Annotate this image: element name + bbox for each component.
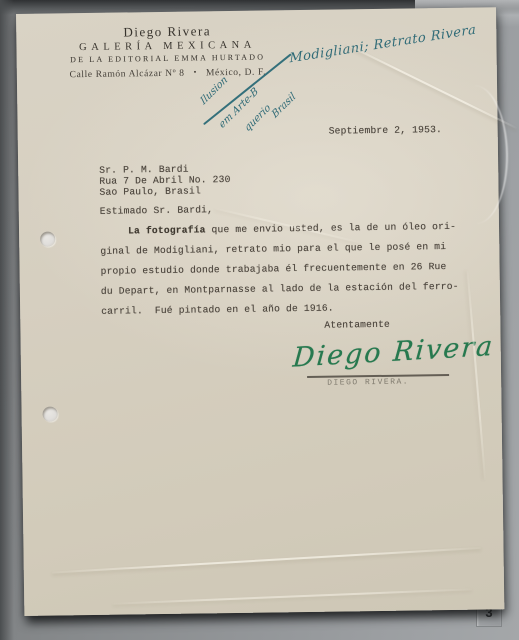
body-line-1: La fotografía que me envio usted, es la …: [128, 221, 456, 237]
letterhead-gallery: GALERÍA MEXICANA: [34, 39, 300, 54]
letterhead-editorial: DE LA EDITORIAL EMMA HURTADO: [35, 52, 301, 65]
recipient-line-2: Rua 7 De Abril No. 230: [99, 174, 230, 187]
photo-backdrop: 3 Diego Rivera GALERÍA MEXICANA DE LA ED…: [0, 0, 519, 640]
sleeve-left-edge: [0, 0, 14, 640]
letter-date: Septiembre 2, 1953.: [329, 124, 442, 137]
paper-crease: [467, 271, 487, 480]
letterhead: Diego Rivera GALERÍA MEXICANA DE LA EDIT…: [34, 22, 301, 81]
body-line-5: carril. Fué pintado en el año de 1916.: [101, 303, 334, 317]
recipient-line-3: Sao Paulo, Brasil: [99, 185, 201, 197]
salutation: Estimado Sr. Bardi,: [100, 204, 213, 217]
body-line-3: propio estudio donde trabajaba él frecue…: [101, 261, 447, 277]
signature-typed-name: DIEGO RIVERA.: [327, 378, 409, 388]
punch-hole-top: [40, 231, 55, 246]
letter-paper: Diego Rivera GALERÍA MEXICANA DE LA EDIT…: [16, 7, 504, 616]
plastic-glare-arc: [453, 85, 509, 224]
paper-crease: [112, 588, 472, 604]
paper-crease: [52, 547, 481, 574]
closing: Atentamente: [324, 319, 390, 331]
handwritten-scribble-1: Ilusion: [199, 74, 230, 107]
letterhead-street: Calle Ramón Alcázar Nº 8: [70, 69, 185, 81]
body-line-1-emphasis: La fotografía: [128, 224, 206, 236]
handwritten-scribble-4: Brasil: [270, 91, 298, 121]
bullet-separator: •: [193, 67, 197, 76]
body-line-4: du Depart, en Montparnasse al lado de la…: [101, 281, 459, 297]
letterhead-city: México, D. F.: [206, 68, 266, 79]
body-line-2: ginal de Modigliani, retrato mio para el…: [100, 241, 446, 257]
punch-hole-bottom: [42, 406, 57, 421]
body-line-1-rest: que me envio usted, es la de un óleo ori…: [205, 221, 456, 235]
handwritten-note-top: Modigliani; Retrato Rivera: [289, 22, 476, 66]
signature-script: Diego Rivera: [292, 331, 496, 374]
